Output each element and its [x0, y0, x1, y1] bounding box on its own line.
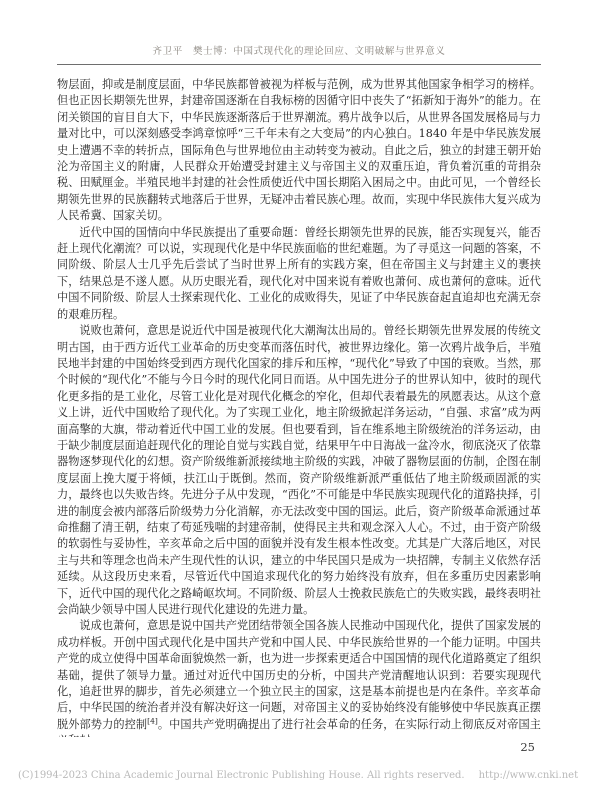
document-page: 齐卫平 樊士博：中国式现代化的理论回应、文明破解与世界意义 物层面，抑或是制度层…: [0, 0, 600, 808]
cnki-watermark-footer: (C)1994-2023 China Academic Journal Elec…: [18, 770, 582, 781]
body-paragraph: 说败也萧何，意思是说近代中国是被现代化大潮淘汰出局的。曾经长期领先世界发展的传统…: [57, 323, 541, 618]
running-header: 齐卫平 樊士博：中国式现代化的理论回应、文明破解与世界意义: [57, 43, 541, 57]
paragraph-text: 说成也萧何，意思是说中国共产党团结带领全国各族人民推动中国现代化，提供了国家发展…: [57, 619, 541, 730]
body-paragraph: 物层面，抑或是制度层面，中华民族都曾被视为样板与范例，成为世界其他国家争相学习的…: [57, 77, 541, 225]
body-paragraph: 近代中国的国情向中华民族提出了重要命题：曾经长期领先世界的民族，能否实现复兴，能…: [57, 225, 541, 323]
body-paragraph: 说成也萧何，意思是说中国共产党团结带领全国各族人民推动中国现代化，提供了国家发展…: [57, 618, 541, 737]
running-title: 齐卫平 樊士博：中国式现代化的理论回应、文明破解与世界意义: [153, 46, 446, 57]
footnote-ref: [4]: [147, 716, 158, 725]
cnki-url: http://www.cnki.net: [479, 770, 579, 781]
article-body: 物层面，抑或是制度层面，中华民族都曾被视为样板与范例，成为世界其他国家争相学习的…: [57, 77, 541, 737]
copyright-text: (C)1994-2023 China Academic Journal Elec…: [18, 770, 465, 781]
page-number: 25: [57, 740, 535, 754]
header-rule: [57, 64, 541, 65]
